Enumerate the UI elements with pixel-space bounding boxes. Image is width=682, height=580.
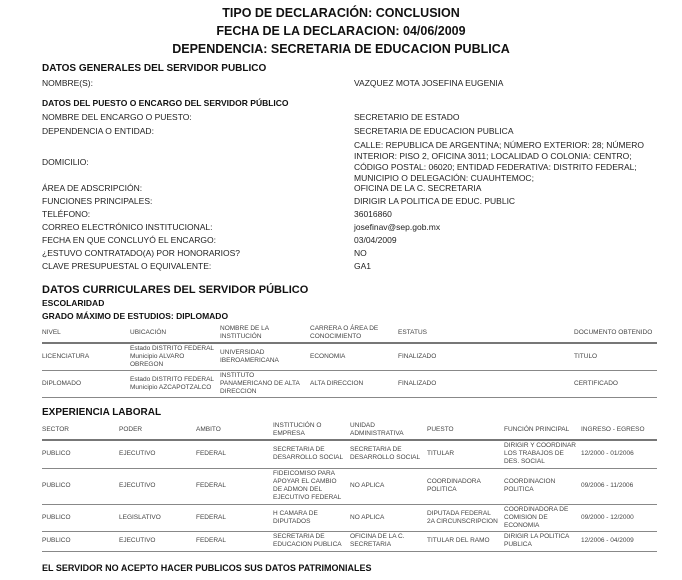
column-header: UNIDAD ADMINISTRATIVA	[350, 420, 427, 440]
position-field-label: FECHA EN QUE CONCLUYÓ EL ENCARGO:	[42, 235, 216, 245]
table-cell: DIRIGIR Y COORDINAR LOS TRABAJOS DE DES.…	[504, 440, 581, 468]
table-cell: PUBLICO	[42, 504, 119, 531]
table-cell: TITULAR	[427, 440, 504, 468]
work-experience-heading: EXPERIENCIA LABORAL	[42, 407, 161, 418]
declaration-type-title: TIPO DE DECLARACIÓN: CONCLUSION	[0, 4, 682, 22]
column-header: NIVEL	[42, 323, 130, 343]
position-field-label: DEPENDENCIA O ENTIDAD:	[42, 126, 154, 136]
table-cell	[482, 343, 574, 371]
education-table: NIVELUBICACIÓNNOMBRE DE LA INSTITUCIÓNCA…	[42, 323, 657, 398]
position-field-label: ÁREA DE ADSCRIPCIÓN:	[42, 183, 142, 193]
column-header: ESTATUS	[398, 323, 482, 343]
table-cell: Estado DISTRITO FEDERAL Municipio AZCAPO…	[130, 371, 220, 398]
table-header-row: NIVELUBICACIÓNNOMBRE DE LA INSTITUCIÓNCA…	[42, 323, 657, 343]
table-cell: FEDERAL	[196, 440, 273, 468]
column-header: PODER	[119, 420, 196, 440]
table-cell: DIPUTADA FEDERAL 2A CIRCUNSCRIPCION	[427, 504, 504, 531]
position-field-label: CORREO ELECTRÓNICO INSTITUCIONAL:	[42, 222, 213, 232]
dependency-title: DEPENDENCIA: SECRETARIA DE EDUCACION PUB…	[0, 40, 682, 58]
position-field-value: CALLE: REPUBLICA DE ARGENTINA; NÚMERO EX…	[354, 140, 654, 184]
position-field-label: TELÉFONO:	[42, 209, 90, 219]
table-cell: FINALIZADO	[398, 343, 482, 371]
declaration-date-title: FECHA DE LA DECLARACION: 04/06/2009	[0, 22, 682, 40]
table-row: DIPLOMADOEstado DISTRITO FEDERAL Municip…	[42, 371, 657, 398]
table-cell: COORDINACION POLITICA	[504, 468, 581, 504]
table-cell: PUBLICO	[42, 531, 119, 551]
column-header: CARRERA O ÁREA DE CONOCIMIENTO	[310, 323, 398, 343]
table-cell: SECRETARIA DE DESARROLLO SOCIAL	[273, 440, 350, 468]
column-header: PUESTO	[427, 420, 504, 440]
column-header: DOCUMENTO OBTENIDO	[574, 323, 657, 343]
table-cell: CERTIFICADO	[574, 371, 657, 398]
table-cell	[482, 371, 574, 398]
table-cell: OFICINA DE LA C. SECRETARIA	[350, 531, 427, 551]
table-cell: FEDERAL	[196, 468, 273, 504]
table-cell: 09/2000 - 12/2000	[581, 504, 657, 531]
column-header: SECTOR	[42, 420, 119, 440]
table-cell: NO APLICA	[350, 468, 427, 504]
table-cell: TITULO	[574, 343, 657, 371]
position-field-label: ¿ESTUVO CONTRATADO(A) POR HONORARIOS?	[42, 248, 240, 258]
position-field-value: 03/04/2009	[354, 235, 654, 246]
position-field-value: NO	[354, 248, 654, 259]
table-cell: UNIVERSIDAD IBEROAMERICANA	[220, 343, 310, 371]
column-header: NOMBRE DE LA INSTITUCIÓN	[220, 323, 310, 343]
table-cell: 12/2006 - 04/2009	[581, 531, 657, 551]
table-cell: H CAMARA DE DIPUTADOS	[273, 504, 350, 531]
name-value: VAZQUEZ MOTA JOSEFINA EUGENIA	[354, 78, 654, 89]
name-label: NOMBRE(S):	[42, 78, 93, 88]
table-cell: LEGISLATIVO	[119, 504, 196, 531]
position-field-value: SECRETARIO DE ESTADO	[354, 112, 654, 123]
table-cell: FIDEICOMISO PARA APOYAR EL CAMBIO DE ADM…	[273, 468, 350, 504]
table-cell: COORDINADORA DE COMISION DE ECONOMIA	[504, 504, 581, 531]
table-row: PUBLICOEJECUTIVOFEDERALFIDEICOMISO PARA …	[42, 468, 657, 504]
position-field-value: josefinav@sep.gob.mx	[354, 222, 654, 233]
table-cell: FEDERAL	[196, 531, 273, 551]
table-row: PUBLICOEJECUTIVOFEDERALSECRETARIA DE DES…	[42, 440, 657, 468]
position-data-heading: DATOS DEL PUESTO O ENCARGO DEL SERVIDOR …	[42, 98, 289, 108]
table-cell: FINALIZADO	[398, 371, 482, 398]
table-cell: INSTITUTO PANAMERICANO DE ALTA DIRECCION	[220, 371, 310, 398]
table-cell: FEDERAL	[196, 504, 273, 531]
table-header-row: SECTORPODERAMBITOINSTITUCIÓN O EMPRESAUN…	[42, 420, 657, 440]
table-cell: SECRETARIA DE EDUCACION PUBLICA	[273, 531, 350, 551]
table-cell: PUBLICO	[42, 468, 119, 504]
position-field-value: 36016860	[354, 209, 654, 220]
patrimonial-data-notice: EL SERVIDOR NO ACEPTO HACER PUBLICOS SUS…	[42, 563, 372, 573]
table-cell: Estado DISTRITO FEDERAL Municipio ALVARO…	[130, 343, 220, 371]
table-cell: 12/2000 - 01/2006	[581, 440, 657, 468]
column-header: UBICACIÓN	[130, 323, 220, 343]
table-cell: LICENCIATURA	[42, 343, 130, 371]
max-degree-heading: GRADO MÁXIMO DE ESTUDIOS: DIPLOMADO	[42, 311, 228, 321]
table-row: LICENCIATURAEstado DISTRITO FEDERAL Muni…	[42, 343, 657, 371]
table-row: PUBLICOEJECUTIVOFEDERALSECRETARIA DE EDU…	[42, 531, 657, 551]
column-header: FUNCIÓN PRINCIPAL	[504, 420, 581, 440]
column-header: INGRESO - EGRESO	[581, 420, 657, 440]
table-cell: DIRIGIR LA POLITICA PUBLICA	[504, 531, 581, 551]
position-field-value: OFICINA DE LA C. SECRETARIA	[354, 183, 654, 194]
table-cell: EJECUTIVO	[119, 440, 196, 468]
position-field-label: CLAVE PRESUPUESTAL O EQUIVALENTE:	[42, 261, 211, 271]
table-cell: EJECUTIVO	[119, 531, 196, 551]
table-cell: EJECUTIVO	[119, 468, 196, 504]
position-field-label: DOMICILIO:	[42, 157, 89, 167]
table-cell: SECRETARIA DE DESARROLLO SOCIAL	[350, 440, 427, 468]
position-field-value: DIRIGIR LA POLITICA DE EDUC. PUBLIC	[354, 196, 654, 207]
curricular-data-heading: DATOS CURRICULARES DEL SERVIDOR PÚBLICO	[42, 284, 308, 296]
work-experience-table: SECTORPODERAMBITOINSTITUCIÓN O EMPRESAUN…	[42, 420, 657, 552]
table-cell: PUBLICO	[42, 440, 119, 468]
table-row: PUBLICOLEGISLATIVOFEDERALH CAMARA DE DIP…	[42, 504, 657, 531]
table-cell: ECONOMIA	[310, 343, 398, 371]
column-header: INSTITUCIÓN O EMPRESA	[273, 420, 350, 440]
table-cell: NO APLICA	[350, 504, 427, 531]
position-field-label: FUNCIONES PRINCIPALES:	[42, 196, 152, 206]
table-cell: DIPLOMADO	[42, 371, 130, 398]
schooling-heading: ESCOLARIDAD	[42, 298, 104, 308]
column-header	[482, 323, 574, 343]
position-field-value: SECRETARIA DE EDUCACION PUBLICA	[354, 126, 654, 137]
general-data-heading: DATOS GENERALES DEL SERVIDOR PUBLICO	[42, 63, 266, 74]
table-cell: ALTA DIRECCION	[310, 371, 398, 398]
table-cell: TITULAR DEL RAMO	[427, 531, 504, 551]
table-cell: COORDINADORA POLITICA	[427, 468, 504, 504]
column-header: AMBITO	[196, 420, 273, 440]
table-cell: 09/2006 - 11/2006	[581, 468, 657, 504]
position-field-label: NOMBRE DEL ENCARGO O PUESTO:	[42, 112, 192, 122]
position-field-value: GA1	[354, 261, 654, 272]
